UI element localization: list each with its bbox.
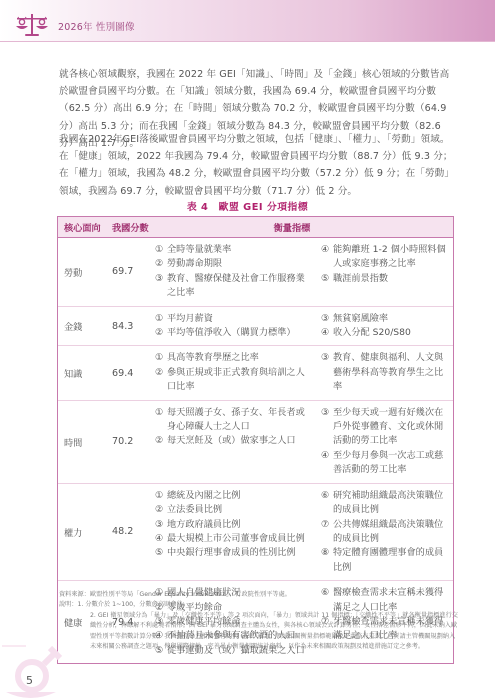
indicator-number: ④ bbox=[321, 449, 333, 478]
header-domain: 核心面向 bbox=[58, 220, 106, 234]
indicator-item: ④收入分配 S20/S80 bbox=[321, 326, 449, 340]
indicator-number: ② bbox=[155, 257, 167, 271]
indicator-text: 無貧窮風險率 bbox=[333, 312, 449, 326]
cell-indicators-right: ③至少每天或一週有好幾次在戶外從事體育、文化或休閒活動的勞工比率④至少每月參與一… bbox=[309, 406, 453, 478]
indicator-number: ④ bbox=[321, 243, 333, 272]
table-row: 知識69.4①具高等教育學歷之比率②參與正規或非正式教育與培訓之人口比率③教育、… bbox=[58, 345, 453, 399]
header-indicators: 衡量指標 bbox=[151, 220, 453, 234]
cell-indicators-left: ①平均月薪資②平均等值淨收入（購買力標準） bbox=[151, 312, 309, 341]
cell-domain: 勞動 bbox=[58, 243, 106, 301]
cell-indicators-right: ④能夠離班 1-2 個小時照料個人或家庭事務之比率⑤職涯前景指數 bbox=[309, 243, 453, 301]
cell-indicators-left: ①總統及內閣之比例②立法委員比例③地方政府議員比例④最大規模上市公司董事會成員比… bbox=[151, 489, 309, 575]
indicator-item: ④能夠離班 1-2 個小時照料個人或家庭事務之比率 bbox=[321, 243, 449, 272]
indicator-number: ③ bbox=[321, 312, 333, 326]
indicator-item: ②參與正規或非正式教育與培訓之人口比率 bbox=[155, 366, 309, 395]
indicator-text: 平均等值淨收入（購買力標準） bbox=[167, 326, 309, 340]
indicator-item: ①總統及內閣之比例 bbox=[155, 489, 309, 503]
indicator-item: ③至少每天或一週有好幾次在戶外從事體育、文化或休閒活動的勞工比率 bbox=[321, 406, 449, 449]
indicator-text: 至少每月參與一次志工或慈善活動的勞工比率 bbox=[333, 449, 449, 478]
table-row: 勞動69.7①全時等量就業率②勞動壽命期限③教育、醫療保健及社會工作服務業之比率… bbox=[58, 238, 453, 306]
cell-domain: 權力 bbox=[58, 489, 106, 575]
cell-indicators-left: ①每天照護子女、孫子女、年長者或身心障礙人士之人口②每天烹飪及（或）做家事之人口 bbox=[151, 406, 309, 478]
indicator-text: 教育、醫療保健及社會工作服務業之比率 bbox=[167, 272, 309, 301]
indicator-number: ③ bbox=[321, 406, 333, 449]
cell-score: 70.2 bbox=[106, 406, 151, 478]
indicator-number: ③ bbox=[321, 351, 333, 394]
note-2: 2. GEI 衛星領域分為「暴力」及「交織性不平等」等 2 項次面向，「暴力」領… bbox=[59, 611, 459, 653]
indicator-item: ⑤職涯前景指數 bbox=[321, 272, 449, 286]
indicator-item: ②立法委員比例 bbox=[155, 503, 309, 517]
indicator-number: ② bbox=[155, 326, 167, 340]
indicator-item: ③教育、醫療保健及社會工作服務業之比率 bbox=[155, 272, 309, 301]
source-note: 資料來源：歐盟性別平等局「Gender Equality Index 2022」… bbox=[59, 590, 459, 600]
indicator-number: ⑧ bbox=[321, 546, 333, 575]
cell-indicators-right: ③教育、健康與福利、人文與藝術學科高等教育學生之比率 bbox=[309, 351, 453, 394]
indicator-text: 特定體育團體理事會的成員比例 bbox=[333, 546, 449, 575]
indicator-item: ⑥研究補助組織最高決策職位的成員比例 bbox=[321, 489, 449, 518]
indicator-item: ③教育、健康與福利、人文與藝術學科高等教育學生之比率 bbox=[321, 351, 449, 394]
indicator-item: ③地方政府議員比例 bbox=[155, 518, 309, 532]
table-title: 表 4 歐盟 GEI 分項指標 bbox=[0, 199, 495, 213]
page-header: 2026年 性別圖像 bbox=[0, 0, 495, 42]
indicator-number: ⑦ bbox=[321, 518, 333, 547]
indicator-item: ①平均月薪資 bbox=[155, 312, 309, 326]
indicator-text: 勞動壽命期限 bbox=[167, 257, 309, 271]
indicator-number: ③ bbox=[155, 272, 167, 301]
indicator-item: ④至少每月參與一次志工或慈善活動的勞工比率 bbox=[321, 449, 449, 478]
indicator-text: 立法委員比例 bbox=[167, 503, 309, 517]
indicator-text: 職涯前景指數 bbox=[333, 272, 449, 286]
indicator-text: 參與正規或非正式教育與培訓之人口比率 bbox=[167, 366, 309, 395]
indicator-text: 總統及內閣之比例 bbox=[167, 489, 309, 503]
cell-score: 84.3 bbox=[106, 312, 151, 341]
indicator-number: ① bbox=[155, 243, 167, 257]
note-1: 說明：1. 分數介於 1~100，分數愈高則愈佳。 bbox=[59, 600, 459, 610]
indicator-number: ④ bbox=[155, 532, 167, 546]
indicator-item: ⑦公共傳媒組織最高決策職位的成員比例 bbox=[321, 518, 449, 547]
indicator-text: 最大規模上市公司董事會成員比例 bbox=[167, 532, 309, 546]
cell-score: 69.7 bbox=[106, 243, 151, 301]
indicator-number: ① bbox=[155, 489, 167, 503]
indicator-number: ⑥ bbox=[321, 489, 333, 518]
indicator-number: ③ bbox=[155, 518, 167, 532]
indicator-item: ②每天烹飪及（或）做家事之人口 bbox=[155, 434, 309, 448]
cell-indicators-right: ⑥研究補助組織最高決策職位的成員比例⑦公共傳媒組織最高決策職位的成員比例⑧特定體… bbox=[309, 489, 453, 575]
indicator-number: ② bbox=[155, 503, 167, 517]
indicator-text: 中央銀行理事會成員的性別比例 bbox=[167, 546, 309, 560]
indicator-number: ① bbox=[155, 351, 167, 365]
page-number: 5 bbox=[26, 674, 33, 687]
indicator-text: 每天照護子女、孫子女、年長者或身心障礙人士之人口 bbox=[167, 406, 309, 435]
table-header-row: 核心面向 我國分數 衡量指標 bbox=[58, 216, 453, 238]
indicator-number: ④ bbox=[321, 326, 333, 340]
indicator-item: ①全時等量就業率 bbox=[155, 243, 309, 257]
indicator-text: 收入分配 S20/S80 bbox=[333, 326, 449, 340]
indicator-item: ③無貧窮風險率 bbox=[321, 312, 449, 326]
indicator-text: 至少每天或一週有好幾次在戶外從事體育、文化或休閒活動的勞工比率 bbox=[333, 406, 449, 449]
indicator-number: ⑤ bbox=[321, 272, 333, 286]
cell-domain: 知識 bbox=[58, 351, 106, 394]
indicator-text: 能夠離班 1-2 個小時照料個人或家庭事務之比率 bbox=[333, 243, 449, 272]
indicator-text: 全時等量就業率 bbox=[167, 243, 309, 257]
paragraph-lagging-domains: 我國在2022年GEI落後歐盟會員國平均分數之領域，包括「健康」、「權力」、「勞… bbox=[59, 131, 454, 200]
table-row: 金錢84.3①平均月薪資②平均等值淨收入（購買力標準）③無貧窮風險率④收入分配 … bbox=[58, 306, 453, 346]
indicator-item: ⑧特定體育團體理事會的成員比例 bbox=[321, 546, 449, 575]
cell-indicators-left: ①全時等量就業率②勞動壽命期限③教育、醫療保健及社會工作服務業之比率 bbox=[151, 243, 309, 301]
indicator-item: ⑤中央銀行理事會成員的性別比例 bbox=[155, 546, 309, 560]
indicator-text: 平均月薪資 bbox=[167, 312, 309, 326]
indicator-text: 研究補助組織最高決策職位的成員比例 bbox=[333, 489, 449, 518]
cell-domain: 時間 bbox=[58, 406, 106, 478]
indicator-item: ④最大規模上市公司董事會成員比例 bbox=[155, 532, 309, 546]
indicator-item: ②勞動壽命期限 bbox=[155, 257, 309, 271]
indicator-text: 每天烹飪及（或）做家事之人口 bbox=[167, 434, 309, 448]
cell-score: 48.2 bbox=[106, 489, 151, 575]
header-title: 2026年 性別圖像 bbox=[58, 19, 135, 33]
indicator-item: ②平均等值淨收入（購買力標準） bbox=[155, 326, 309, 340]
indicator-item: ①每天照護子女、孫子女、年長者或身心障礙人士之人口 bbox=[155, 406, 309, 435]
indicator-text: 教育、健康與福利、人文與藝術學科高等教育學生之比率 bbox=[333, 351, 449, 394]
indicator-text: 具高等教育學歷之比率 bbox=[167, 351, 309, 365]
table-row: 權力48.2①總統及內閣之比例②立法委員比例③地方政府議員比例④最大規模上市公司… bbox=[58, 483, 453, 580]
cell-indicators-left: ①具高等教育學歷之比率②參與正規或非正式教育與培訓之人口比率 bbox=[151, 351, 309, 394]
indicator-text: 地方政府議員比例 bbox=[167, 518, 309, 532]
cell-domain: 金錢 bbox=[58, 312, 106, 341]
indicator-number: ② bbox=[155, 366, 167, 395]
indicator-number: ① bbox=[155, 312, 167, 326]
table-row: 時間70.2①每天照護子女、孫子女、年長者或身心障礙人士之人口②每天烹飪及（或）… bbox=[58, 400, 453, 483]
header-score: 我國分數 bbox=[106, 220, 151, 234]
indicator-number: ① bbox=[155, 406, 167, 435]
cell-indicators-right: ③無貧窮風險率④收入分配 S20/S80 bbox=[309, 312, 453, 341]
indicator-number: ② bbox=[155, 434, 167, 448]
cell-score: 69.4 bbox=[106, 351, 151, 394]
table-notes: 資料來源：歐盟性別平等局「Gender Equality Index 2022」… bbox=[59, 590, 459, 652]
scale-gender-logo-icon bbox=[14, 12, 50, 38]
indicator-item: ①具高等教育學歷之比率 bbox=[155, 351, 309, 365]
indicator-text: 公共傳媒組織最高決策職位的成員比例 bbox=[333, 518, 449, 547]
female-symbol-scale-watermark-icon bbox=[0, 640, 80, 700]
indicator-number: ⑤ bbox=[155, 546, 167, 560]
